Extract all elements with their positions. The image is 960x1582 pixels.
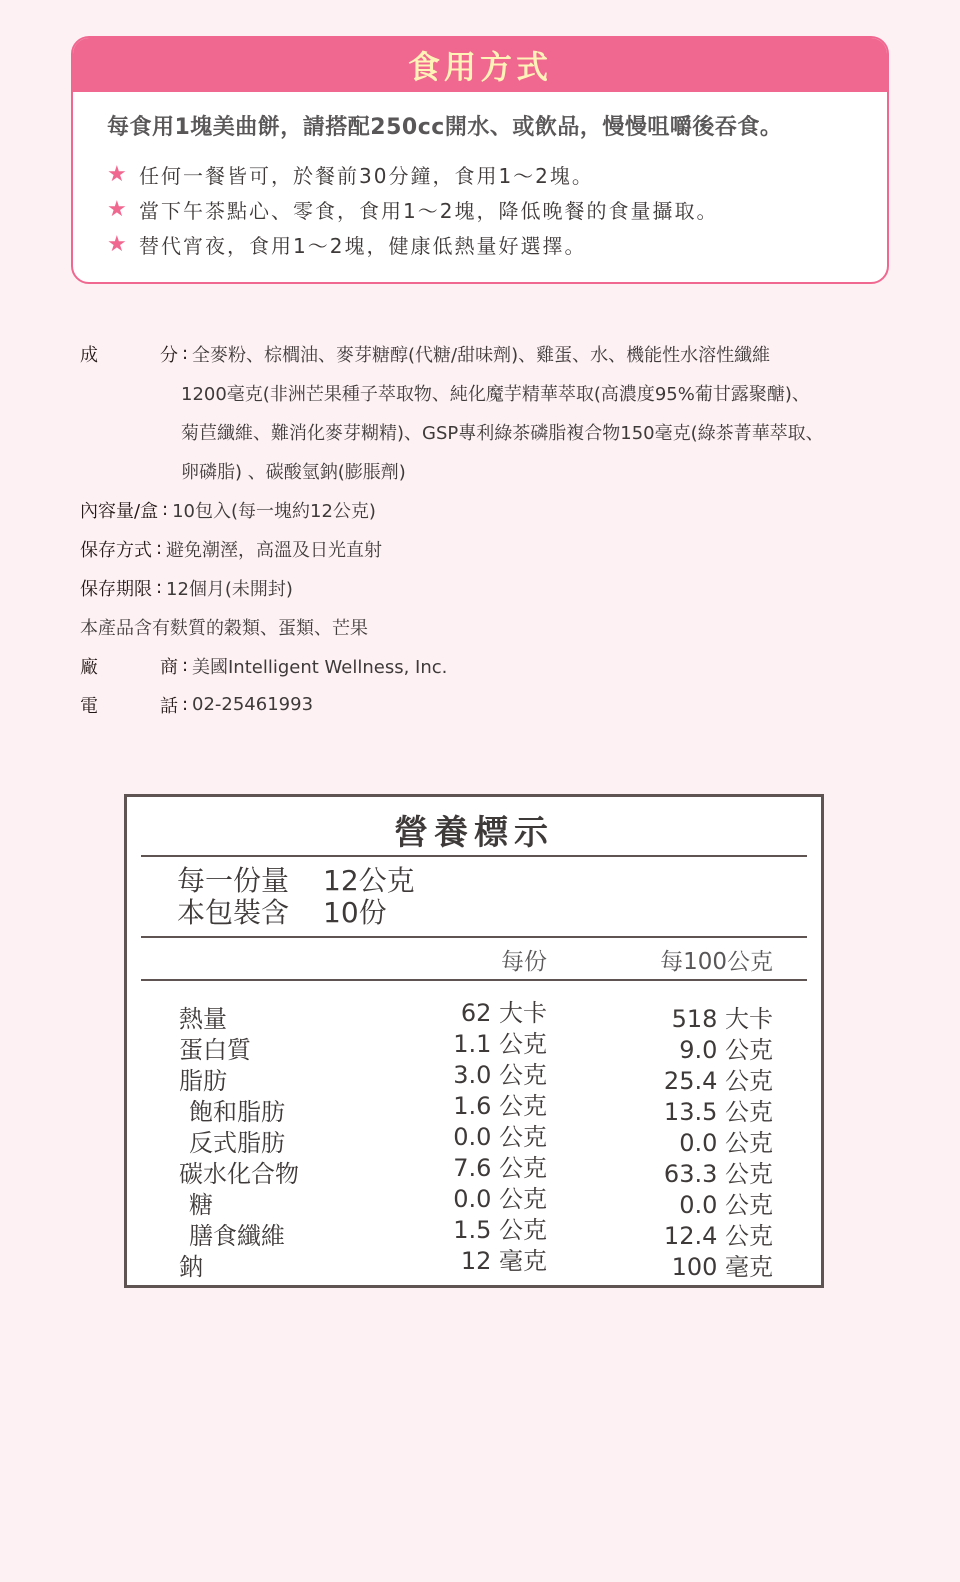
usage-lead: 每食用1塊美曲餅，請搭配250cc開水、或飲品，慢慢咀嚼後吞食。: [73, 110, 887, 141]
ingredients-line: 1200毫克(非洲芒果種子萃取物、純化魔芋精華萃取(高濃度95%葡甘露聚醣)、: [181, 380, 810, 406]
usage-item-text: 替代宵夜，食用1～2塊，健康低熱量好選擇。: [139, 230, 586, 259]
colon: :: [178, 694, 192, 715]
usage-card: 食用方式 每食用1塊美曲餅，請搭配250cc開水、或飲品，慢慢咀嚼後吞食。 ★ …: [71, 36, 889, 284]
ingredients-line: 菊苣纖維、難消化麥芽糊精)、GSP專利綠茶磷脂複合物150毫克(綠茶菁華萃取、: [181, 419, 824, 445]
content-label: 內容量/盒: [80, 497, 158, 523]
star-icon: ★: [107, 232, 139, 257]
usage-item-text: 任何一餐皆可，於餐前30分鐘，食用1～2塊。: [139, 160, 594, 189]
colon: :: [152, 538, 166, 559]
usage-item-text: 當下午茶點心、零食，食用1～2塊，降低晚餐的食量攝取。: [139, 195, 718, 224]
usage-item: ★ 替代宵夜，食用1～2塊，健康低熱量好選擇。: [107, 227, 887, 262]
nutrient-row: 蛋白質 1.1 公克 9.0 公克: [127, 1024, 821, 1055]
ingredients-label-a: 成: [80, 341, 98, 367]
col-per-100g: 每100公克: [660, 943, 773, 976]
maker-row: 廠 商 : 美國Intelligent Wellness, Inc.: [80, 646, 900, 685]
storage-value: 避免潮溼，高溫及日光直射: [166, 536, 382, 562]
ingredients-row: 成 分 : 全麥粉、棕櫚油、麥芽糖醇(代糖/甜味劑)、雞蛋、水、機能性水溶性纖維: [80, 334, 900, 373]
maker-value: 美國Intelligent Wellness, Inc.: [192, 653, 447, 679]
divider: [141, 855, 807, 857]
colon: :: [178, 655, 192, 676]
nutrient-row: 脂肪 3.0 公克 25.4 公克: [127, 1055, 821, 1086]
nutrition-facts-panel: 營養標示 每一份量 12公克 本包裝含 10份 每份 每100公克 熱量 62 …: [124, 794, 824, 1288]
nutrient-row: 膳食纖維 1.5 公克 12.4 公克: [127, 1210, 821, 1241]
nutrient-row: 糖 0.0 公克 0.0 公克: [127, 1179, 821, 1210]
phone-row: 電 話 : 02-25461993: [80, 685, 900, 724]
colon: :: [152, 577, 166, 598]
ingredients-label-b: 分: [160, 341, 178, 367]
usage-header: 食用方式: [73, 38, 887, 92]
serving-size-value: 12公克: [323, 865, 415, 897]
usage-list: ★ 任何一餐皆可，於餐前30分鐘，食用1～2塊。 ★ 當下午茶點心、零食，食用1…: [73, 157, 887, 262]
nutrient-row: 飽和脂肪 1.6 公克 13.5 公克: [127, 1086, 821, 1117]
phone-label: 電 話: [80, 692, 178, 718]
colon: :: [158, 499, 172, 520]
shelf-life-label: 保存期限: [80, 575, 152, 601]
ingredients-line: 卵磷脂) 、碳酸氫鈉(膨脹劑): [181, 458, 406, 484]
serving-info: 每一份量 12公克 本包裝含 10份: [177, 865, 415, 929]
phone-value: 02-25461993: [192, 694, 313, 715]
allergen-text: 本產品含有麩質的穀類、蛋類、芒果: [80, 614, 368, 640]
maker-label-b: 商: [160, 653, 178, 679]
nutrient-row: 鈉 12 毫克 100 毫克: [127, 1241, 821, 1272]
per-serving-value: 1.5 公克: [453, 1210, 547, 1245]
nutrition-rows: 熱量 62 大卡 518 大卡 蛋白質 1.1 公克 9.0 公克 脂肪 3.0…: [127, 993, 821, 1272]
product-info: 成 分 : 全麥粉、棕櫚油、麥芽糖醇(代糖/甜味劑)、雞蛋、水、機能性水溶性纖維…: [80, 334, 900, 724]
star-icon: ★: [107, 162, 139, 187]
per-100g-value: 100 毫克: [672, 1247, 773, 1282]
content-value: 10包入(每一塊約12公克): [172, 497, 376, 523]
nutrient-row: 反式脂肪 0.0 公克 0.0 公克: [127, 1117, 821, 1148]
per-serving-value: 1.1 公克: [453, 1024, 547, 1059]
content-row: 內容量/盒 : 10包入(每一塊約12公克): [80, 490, 900, 529]
usage-item: ★ 當下午茶點心、零食，食用1～2塊，降低晚餐的食量攝取。: [107, 192, 887, 227]
per-serving-value: 1.6 公克: [453, 1086, 547, 1121]
colon: :: [178, 343, 192, 364]
nutrient-row: 碳水化合物 7.6 公克 63.3 公克: [127, 1148, 821, 1179]
servings-row: 本包裝含 10份: [177, 897, 415, 929]
phone-label-b: 話: [160, 692, 178, 718]
phone-label-a: 電: [80, 692, 98, 718]
divider: [141, 936, 807, 938]
per-serving-value: 12 毫克: [461, 1241, 547, 1276]
ingredients-line-row: 菊苣纖維、難消化麥芽糊精)、GSP專利綠茶磷脂複合物150毫克(綠茶菁華萃取、: [80, 412, 900, 451]
serving-size-label: 每一份量: [177, 865, 323, 897]
shelf-life-row: 保存期限 : 12個月(未開封): [80, 568, 900, 607]
maker-label-a: 廠: [80, 653, 98, 679]
divider: [141, 979, 807, 981]
ingredients-line-row: 1200毫克(非洲芒果種子萃取物、純化魔芋精華萃取(高濃度95%葡甘露聚醣)、: [80, 373, 900, 412]
star-icon: ★: [107, 197, 139, 222]
ingredients-line-row: 卵磷脂) 、碳酸氫鈉(膨脹劑): [80, 451, 900, 490]
servings-value: 10份: [323, 897, 387, 929]
nutrient-row: 熱量 62 大卡 518 大卡: [127, 993, 821, 1024]
usage-item: ★ 任何一餐皆可，於餐前30分鐘，食用1～2塊。: [107, 157, 887, 192]
col-per-serving: 每份: [501, 943, 547, 976]
shelf-life-value: 12個月(未開封): [166, 575, 293, 601]
per-serving-value: 0.0 公克: [453, 1179, 547, 1214]
ingredients-label: 成 分: [80, 341, 178, 367]
per-serving-value: 3.0 公克: [453, 1055, 547, 1090]
allergen-row: 本產品含有麩質的穀類、蛋類、芒果: [80, 607, 900, 646]
per-serving-value: 7.6 公克: [453, 1148, 547, 1183]
ingredients-line: 全麥粉、棕櫚油、麥芽糖醇(代糖/甜味劑)、雞蛋、水、機能性水溶性纖維: [192, 341, 770, 367]
usage-title: 食用方式: [408, 42, 552, 88]
storage-label: 保存方式: [80, 536, 152, 562]
serving-size-row: 每一份量 12公克: [177, 865, 415, 897]
servings-label: 本包裝含: [177, 897, 323, 929]
storage-row: 保存方式 : 避免潮溼，高溫及日光直射: [80, 529, 900, 568]
nutrition-title: 營養標示: [127, 797, 821, 855]
maker-label: 廠 商: [80, 653, 178, 679]
per-serving-value: 62 大卡: [461, 993, 547, 1028]
per-serving-value: 0.0 公克: [453, 1117, 547, 1152]
nutrient-name: 鈉: [179, 1247, 203, 1282]
